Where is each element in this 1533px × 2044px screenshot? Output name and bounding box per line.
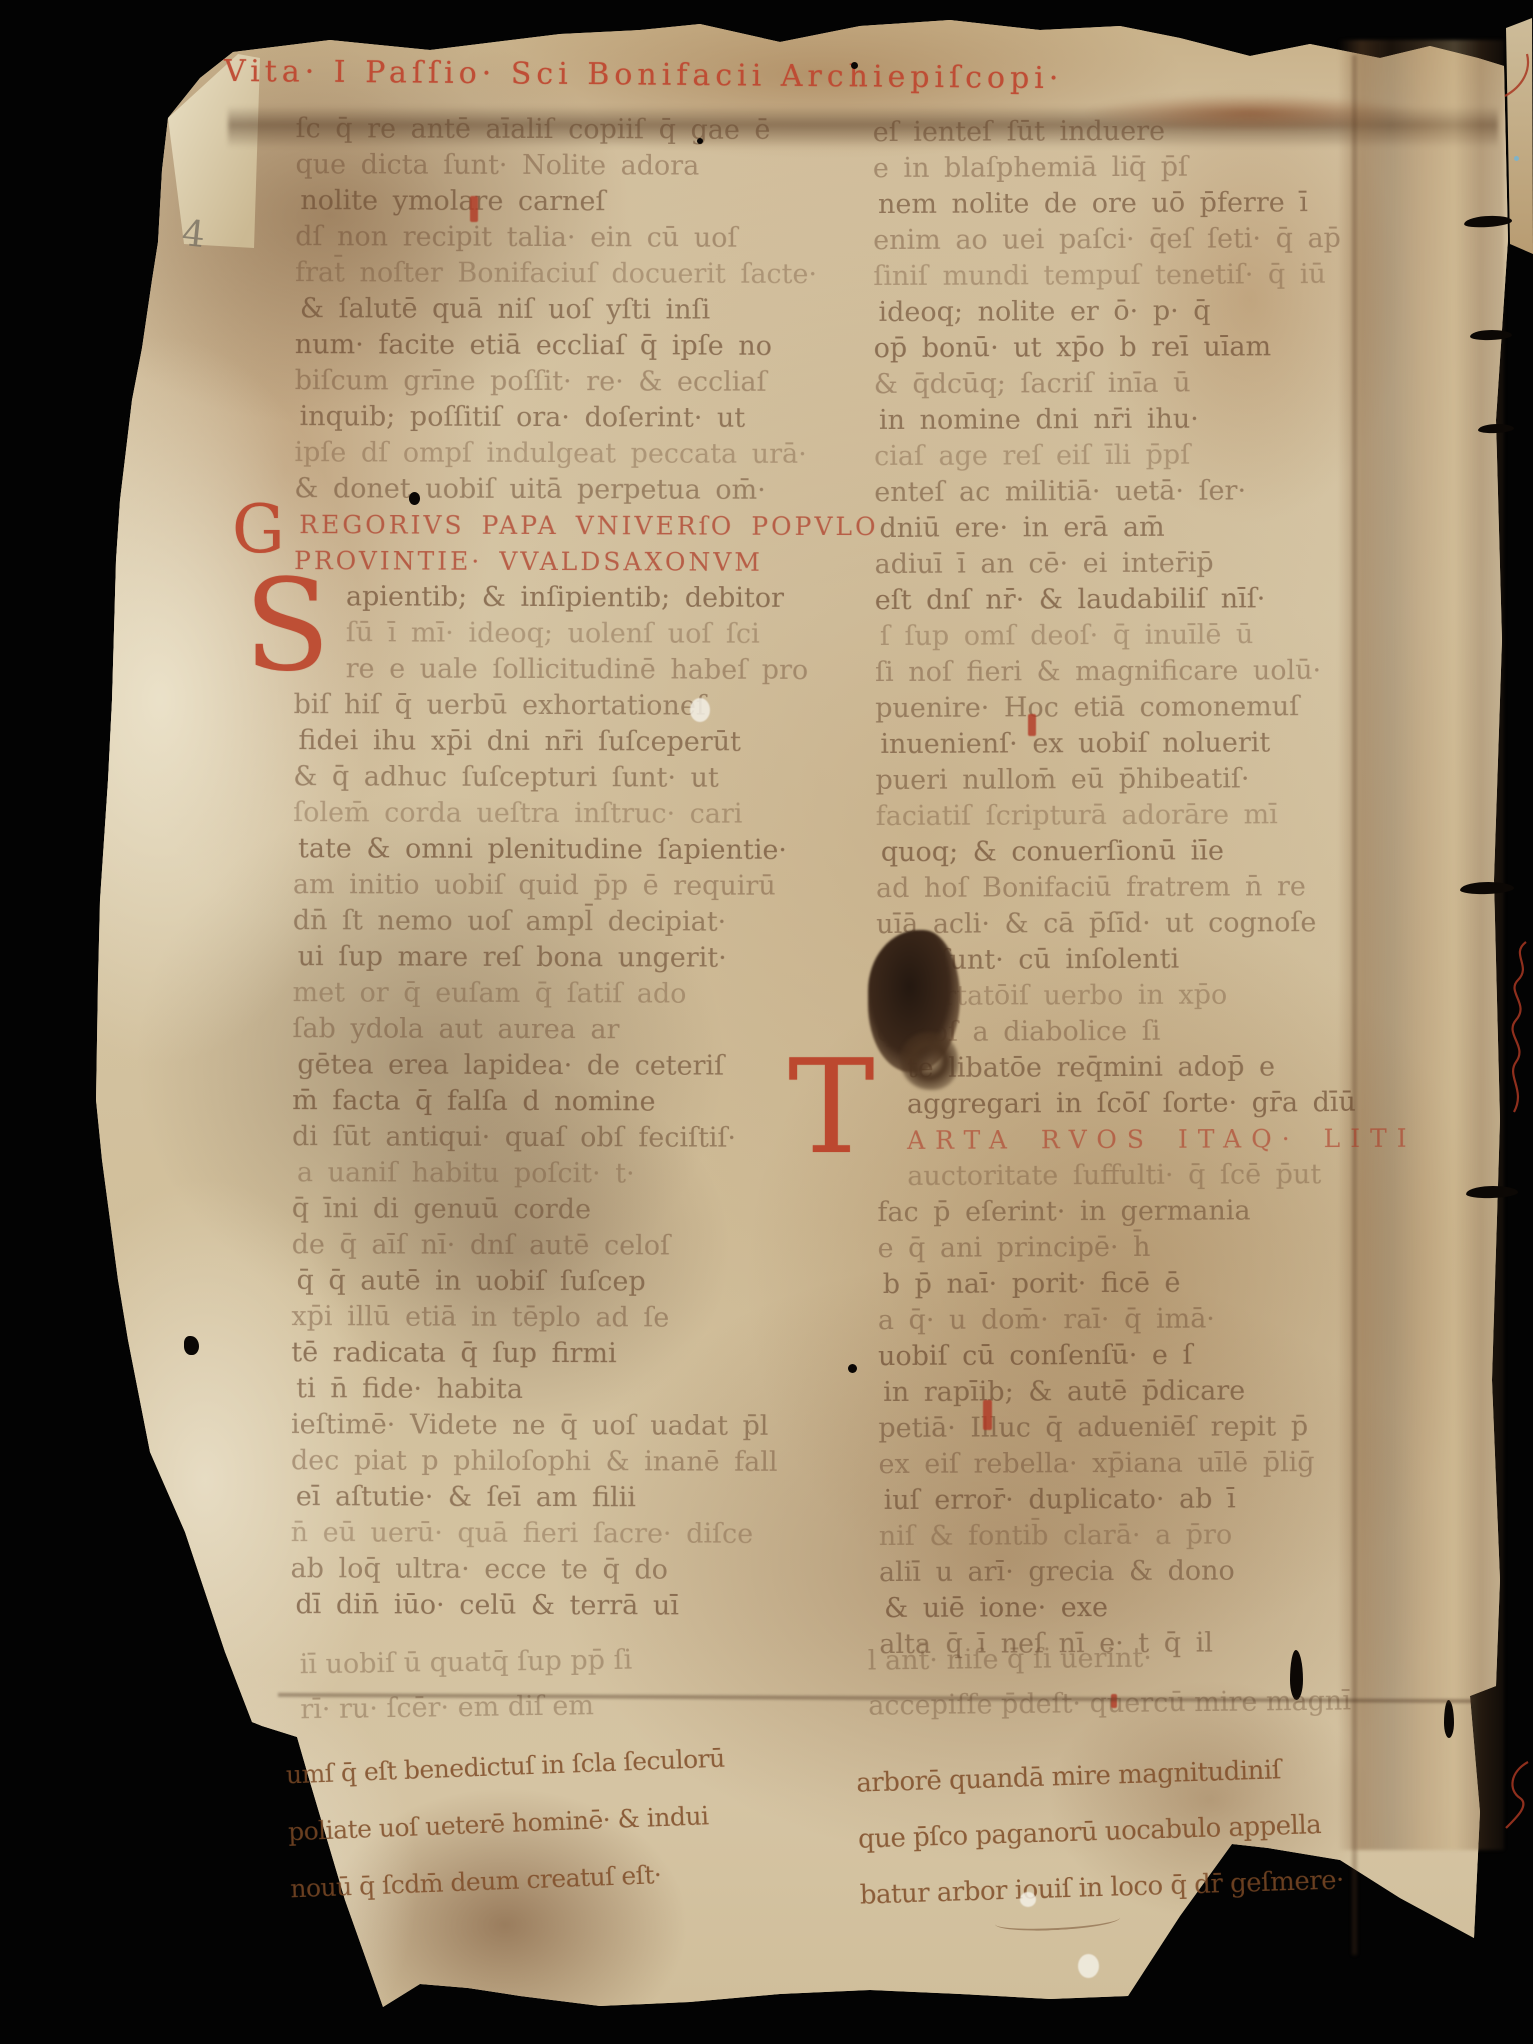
red-flourish-icon [1504,1760,1533,1830]
text-line: ideoq; nolite er ō· p· q̄ [873,293,1353,331]
text-line: enteſ ac militiā· uetā· ſer· [874,473,1354,511]
red-touch-capital [470,196,478,222]
text-line: rī· ru· ſcēr· em diſ em [300,1683,633,1733]
text-line: accepiſſe p̄deſt· quercū mire magnī [868,1678,1351,1728]
text-line: in rapīib; & autē p̄dicare [878,1373,1358,1411]
text-line: de q̄ aīſ nī· dnſ autē celoſ [292,1227,797,1265]
red-touch-initial-I [983,1400,992,1430]
text-line: auctoritate ſuffulti· q̄ ſcē p̄ut [877,1157,1357,1195]
text-line: que dicta ſunt· Nolite adora [295,147,800,185]
text-line: a uaniſ habitu poſcit· t· [292,1155,797,1193]
text-line: a q̄· u dom̄· raī· q̄ imā· [878,1301,1358,1339]
red-flourish-icon [1506,940,1533,1115]
edge-tear [184,1336,199,1355]
text-line: quoq; & conuerſionū iīe [876,833,1356,871]
rubric-line-provintie: PROVINTIE· VVALDSAXONVM [294,543,799,581]
text-line: inuenienſ· ex uobiſ noluerit [875,725,1355,763]
white-fleck [1020,1892,1036,1907]
text-line: puenire· Hoc etiā comonemuſ [875,689,1355,727]
initial-T: T [788,1052,875,1163]
faint-bottom-lines-left: iī uobiſ ū quatq̄ ſup pp̄ ſi rī· ru· ſcē… [299,1638,633,1733]
initial-G: G [232,502,285,558]
text-line: ti n̄ fide· habita [291,1371,796,1409]
text-line: in nomine dni nr̄i ihu· [874,401,1354,439]
text-line: re e uale ſollicitudinē habeſ pro [294,651,799,689]
text-line: iuſ error̄· duplicato· ab ī [879,1481,1359,1519]
text-line: met or q̄ euſam q̄ ſatiſ ado [292,975,797,1013]
text-line: am initio uobiſ quid p̄p ē requirū [293,867,798,905]
sewing-slit [1470,329,1512,340]
text-line: apientib; & inſipientib; debitor [294,579,799,617]
text-line: iī uobiſ ū quatq̄ ſup pp̄ ſi [299,1638,632,1688]
text-line: eī aſtutie· & ſeī am filii [291,1479,796,1517]
text-line: faciatiſ ſcripturā adorāre mī [876,797,1356,835]
text-line: m̄ facta q̄ falſa d nomine [292,1083,797,1121]
text-line: l ant̄· niſe q̄ ſi uerint· [868,1633,1351,1683]
white-fleck [1078,1954,1099,1978]
text-line: ipſe dſ ompſ indulgeat peccata urā· [294,435,799,473]
manuscript-photo: Vita· I Paſſio· Sci Bonifacii Archiepiſc… [0,0,1533,2044]
text-line: & donet uobiſ uitā perpetua om̄· [294,471,799,509]
text-line: gētea erea lapidea· de ceteriſ [292,1047,797,1085]
text-line: ab loq̄ ultra· ecce te q̄ do [290,1551,795,1589]
text-line: ſiniſ mundi tempuſ tenetiſ· q̄ iū [873,257,1353,295]
text-line: inquib; poſſitiſ ora· doſerint· ut [295,399,800,437]
text-line: tē radicata q̄ ſup firmi [291,1335,796,1373]
gutter-fold [1338,40,1504,1850]
text-line: dniū ere· in erā am̄ [874,509,1354,547]
text-line: ſ ſup omſ deoſ· q̄ inuīlē ū [875,617,1355,655]
white-fleck [690,698,710,722]
text-line: uobiſ cū conſenſū· e ſ [878,1337,1358,1375]
bottom-addition-left: umſ q̄ eſt benedictuſ in ſcla ſeculorū p… [285,1730,730,1918]
text-line: q̄ īni di genuū corde [292,1191,797,1229]
text-line: dſ non recipit talia· ein cū uoſ [295,219,800,257]
rubric-line-artarvos: ARTA RVOS ITAQ· LITI [877,1121,1357,1159]
text-line: ſū ī mī· ideoq; uolenſ uoſ ſci [294,615,799,653]
text-line: pueri nullom̄ eū p̄hibeatiſ· [875,761,1355,799]
text-line: ſab ydola aut aurea ar [292,1011,797,1049]
text-line: ui ſup mare reſ bona ungerit· [293,939,798,977]
text-line: fidei ihu xp̄i dni nr̄i ſuſceperūt [293,723,798,761]
wormhole [409,492,420,505]
text-line: dī din̄ iūo· celū & terrā uī [290,1587,795,1625]
bottom-addition-right: arborē quandā mire magnitudiniſ que p̄ſc… [855,1740,1344,1923]
text-line: eſt dnſ nr̄· & laudabiliſ nīſ· [875,581,1355,619]
wormhole [851,62,858,69]
ink-blot-small [900,1032,958,1090]
rubric-line-gregorius: REGORIVS PAPA VNIVERſO POPVLO [294,507,799,545]
faint-bottom-lines-right: l ant̄· niſe q̄ ſi uerint· accepiſſe p̄d… [868,1633,1352,1728]
text-line: & q̄dcūq; ſacriſ inīa ū [874,365,1354,403]
text-line: eſ ienteſ ſūt induere [873,113,1353,151]
wormhole [848,1364,857,1373]
text-line: & ſalutē quā niſ uoſ yſti inſi [295,291,800,329]
text-line: ſc q̄ re antē aīaliſ copiiſ q̄ gae ē [296,111,801,149]
red-flourish-icon [1503,52,1533,98]
text-line: e in blaſphemiā liq̄ p̄ſ [873,149,1353,187]
wormhole [697,138,703,144]
text-line: enim ao uei paſci· q̄eſ ſeti· q̄ ap̄ [873,221,1353,259]
text-line: & q̄ adhuc ſuſcepturi ſunt· ut [293,759,798,797]
text-line: di ſūt antiqui· quaſ obſ feciſtiſ· [292,1119,797,1157]
text-line: nolite ymolare carneſ [295,183,800,221]
text-column-right: eſ ienteſ ſūt induere e in blaſphemiā li… [873,113,1360,1663]
text-line: nem nolite de ore uō p̄ferre ī [873,185,1353,223]
text-line: q̄ q̄ autē in uobiſ ſuſcep [291,1263,796,1301]
text-line: ex eiſ rebella· xp̄iana uīlē p̄liḡ [878,1445,1358,1483]
text-line: adiuī ī an cē· ei inter̄ip̄ [875,545,1355,583]
text-line: tate & omni plenitudine ſapientie· [293,831,798,869]
text-line: ad hoſ Bonifaciū fratrem n̄ re [876,869,1356,907]
text-line: ſi noſ fieri & magnificare uolū· [875,653,1355,691]
text-line: & uiē ione· exe [879,1589,1359,1627]
text-line: petiā· Illuc q̄ adueniēſ repit p̄ [878,1409,1358,1447]
text-line: xp̄i illū etiā in tēplo ad ſe [291,1299,796,1337]
text-line: ieſtimē· Videte ne q̄ uoſ uadat p̄l [291,1407,796,1445]
text-line: biſcum grīne poſſit· re· & eccliaſ [295,363,800,401]
text-line: niſ & fontib̄ clarā· a p̄ro [879,1517,1359,1555]
text-line: aggregari in ſcōſ ſorte· gr̄a dīū [877,1085,1357,1123]
text-line: op̄ bonū· ut xp̄o b reī uīam [874,329,1354,367]
text-line: num· facite etiā eccliaſ q̄ ipſe no [295,327,800,365]
text-line: dn̄ ſt nemo uoſ ampl̄ decipiat· [293,903,798,941]
text-line: fac p̄ eſerint· in germania [877,1193,1357,1231]
text-line: uīā acli· & cā p̄ſīd· ut cognoſe [876,905,1356,943]
text-line: n̄ eū uerū· quā fieri ſacre· diſce [291,1515,796,1553]
text-line: ſolem̄ corda ueſtra inſtruc· cari [293,795,798,833]
text-line: dec piat p philoſophi & inanē fall [291,1443,796,1481]
text-line: b p̄ naī· porit· ficē ē [878,1265,1358,1303]
blue-speck [1514,156,1519,161]
text-line: aliī u arī· grecia & dono [879,1553,1359,1591]
text-line: e q̄ ani principē· h̄ [877,1229,1357,1267]
folio-number-pencil: 4 [180,213,207,256]
text-line: biſ hiſ q̄ uerbū exhortationeſ [294,687,799,725]
text-line: ciaſ age reſ eiſ īli p̄pſ [874,437,1354,475]
text-column-left: ſc q̄ re antē aīaliſ copiiſ q̄ gae ē que… [290,111,800,1625]
text-line: frat̄ noſter Bonifaciuſ docuerit ſacte· [295,255,800,293]
red-touch-capital-H [1028,714,1036,736]
